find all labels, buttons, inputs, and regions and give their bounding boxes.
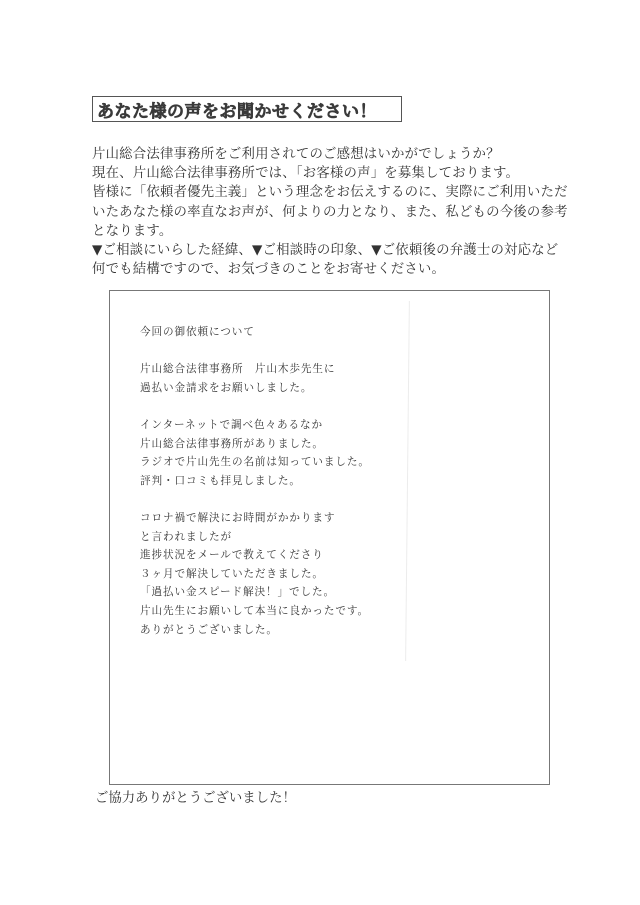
voice-line: 評判・口コミも拝見しました。 xyxy=(140,472,370,491)
voice-line: コロナ禍で解決にお時間がかかります xyxy=(140,509,370,528)
title-banner: あなた様の声をお聞かせください！ xyxy=(92,96,402,122)
intro-line: 何でも結構ですので、お気づきのことをお寄せください。 xyxy=(92,260,572,279)
voice-line xyxy=(140,490,370,509)
voice-line: ３ヶ月で解決していただきました。 xyxy=(140,565,370,584)
voice-line: 片山総合法律事務所 片山木歩先生に xyxy=(140,360,370,379)
page-title: あなた様の声をお聞かせください！ xyxy=(97,97,377,122)
intro-line: いたあなた様の率直なお声が、何よりの力となり、また、私どもの今後の参考 xyxy=(92,203,572,222)
voice-line: 過払い金請求をお願いしました。 xyxy=(140,379,370,398)
customer-voice-box: 今回の御依頼について 片山総合法律事務所 片山木歩先生に 過払い金請求をお願いし… xyxy=(109,290,550,785)
voice-line: 片山総合法律事務所がありました。 xyxy=(140,435,370,454)
intro-line: 現在、片山総合法律事務所では、「お客様の声」を募集しております。 xyxy=(92,164,572,183)
intro-line: となります。 xyxy=(92,222,572,241)
voice-line: 片山先生にお願いして本当に良かったです。 xyxy=(140,602,370,621)
intro-line: 片山総合法律事務所をご利用されてのご感想はいかがでしょうか？ xyxy=(92,145,572,164)
intro-line: 皆様に「依頼者優先主義」という理念をお伝えするのに、実際にご利用いただ xyxy=(92,183,572,202)
scan-artifact-line xyxy=(405,301,410,661)
intro-paragraph: 片山総合法律事務所をご利用されてのご感想はいかがでしょうか？ 現在、片山総合法律… xyxy=(92,145,572,279)
voice-line: 「過払い金スピード解決！」でした。 xyxy=(140,583,370,602)
voice-line xyxy=(140,397,370,416)
voice-line: インターネットで調べ色々あるなか xyxy=(140,416,370,435)
intro-line: ▼ご相談にいらした経緯、▼ご相談時の印象、▼ご依頼後の弁護士の対応など xyxy=(92,241,572,260)
customer-voice-text: 今回の御依頼について 片山総合法律事務所 片山木歩先生に 過払い金請求をお願いし… xyxy=(140,323,370,639)
voice-line: ありがとうございました。 xyxy=(140,621,370,640)
closing-message: ご協力ありがとうございました！ xyxy=(95,787,296,806)
voice-line: ラジオで片山先生の名前は知っていました。 xyxy=(140,453,370,472)
voice-line xyxy=(140,342,370,361)
voice-line: 今回の御依頼について xyxy=(140,323,370,342)
voice-line: 進捗状況をメールで教えてくださり xyxy=(140,546,370,565)
voice-line: と言われましたが xyxy=(140,528,370,547)
